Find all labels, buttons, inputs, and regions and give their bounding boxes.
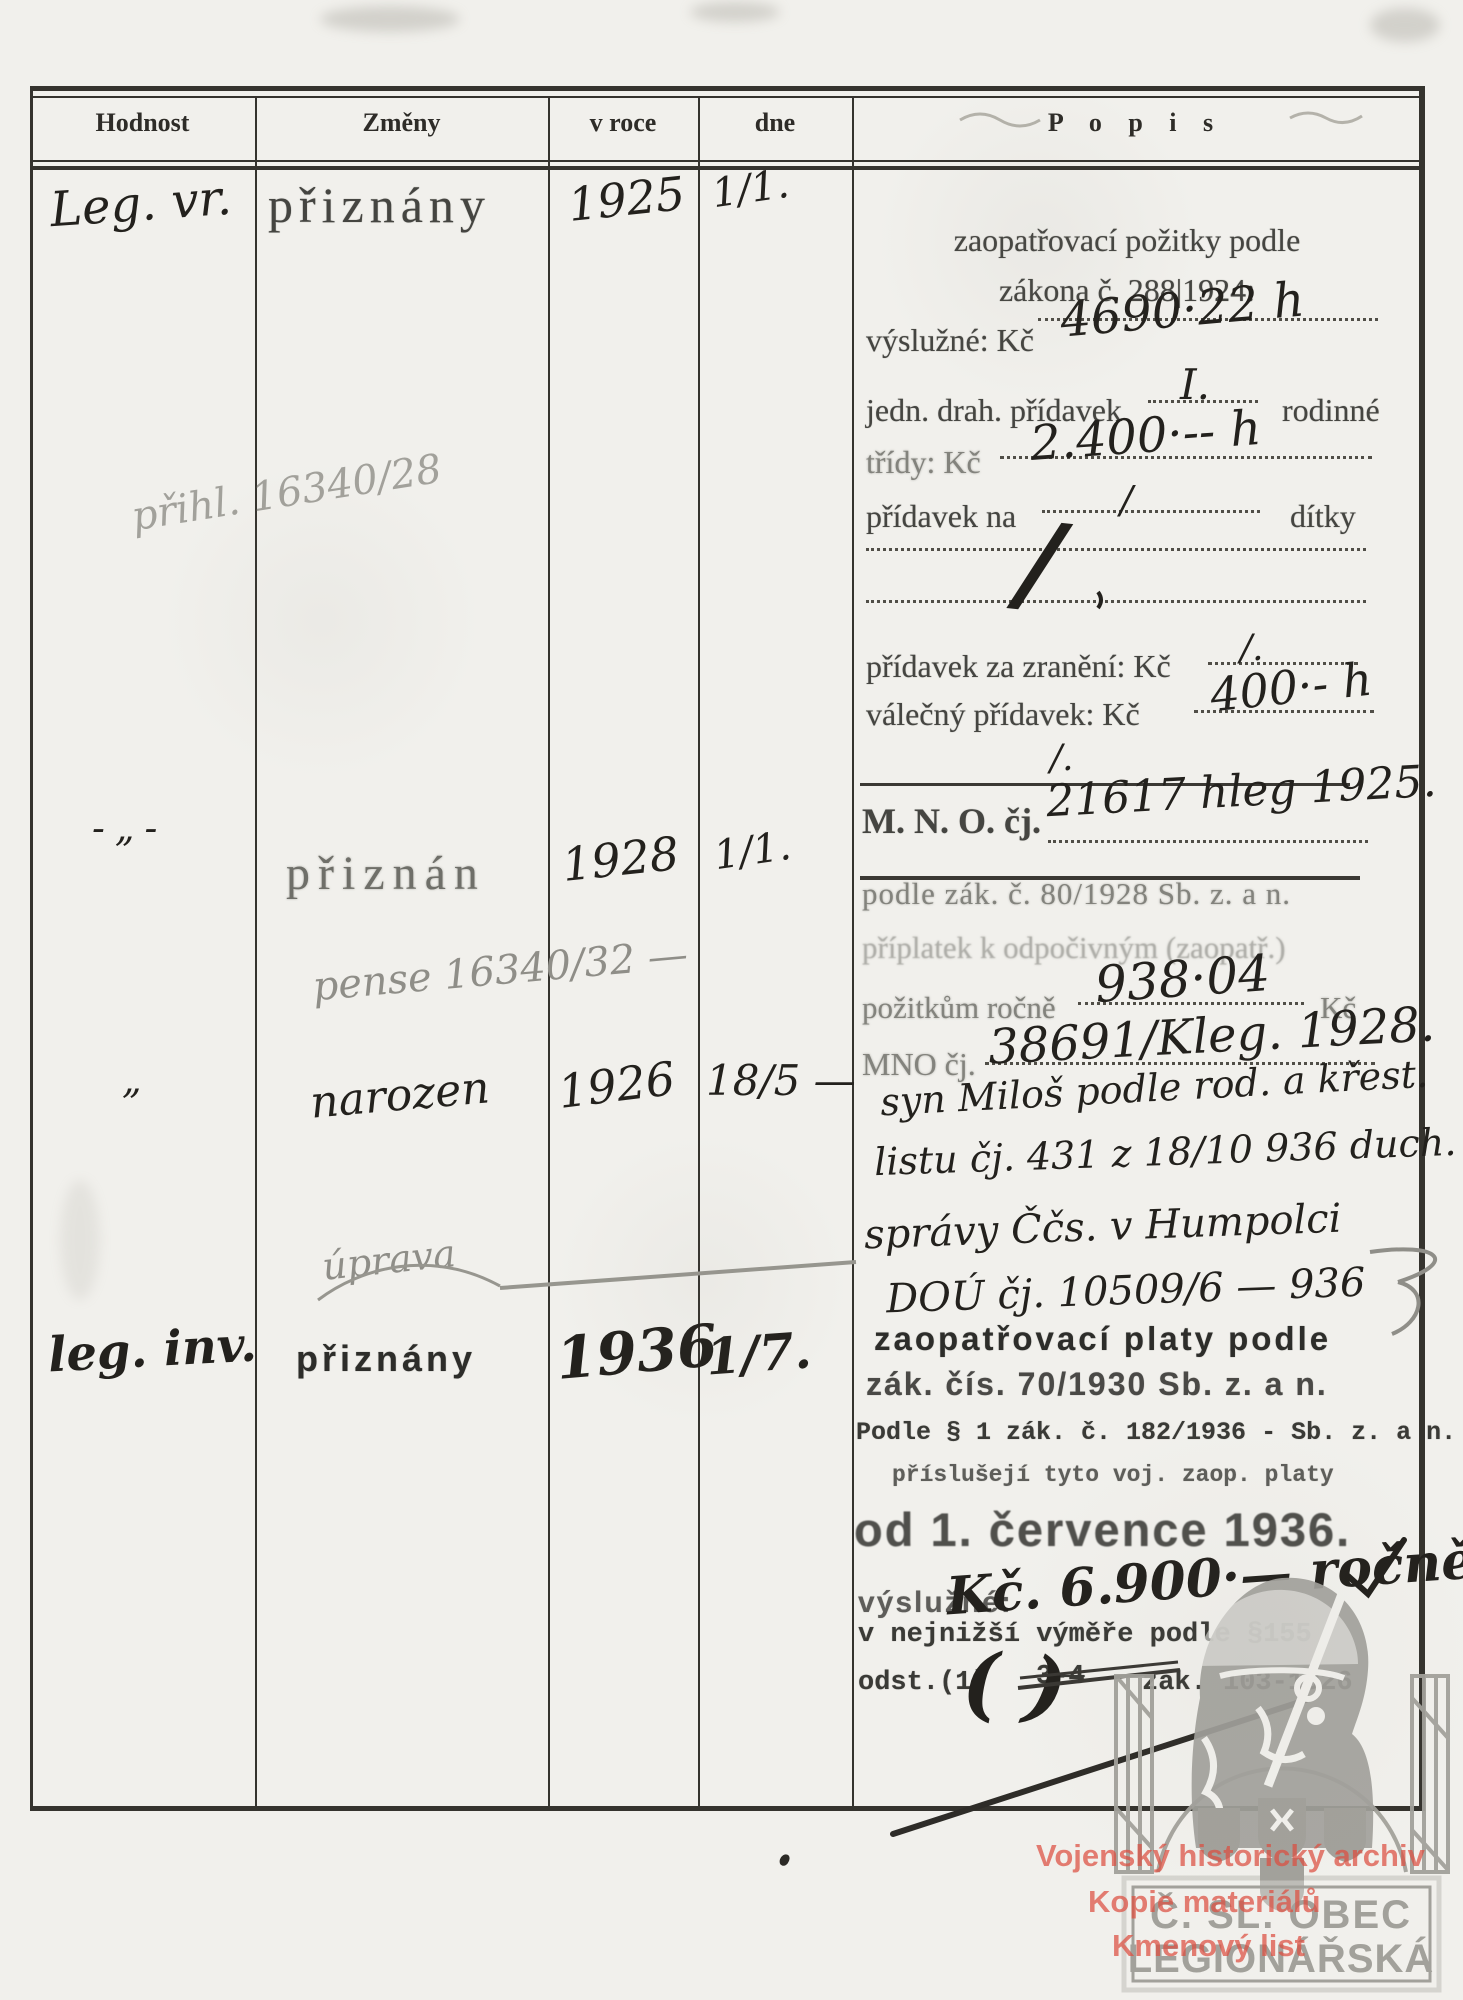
- header-scribble-2: [1290, 113, 1362, 123]
- uprava-arrowhead-curl: [1370, 1249, 1435, 1334]
- header-scribble-1: [960, 114, 1040, 126]
- archive-watermark-line1: Vojenský historický archiv: [1036, 1838, 1425, 1874]
- archive-watermark-line2: Kopie materiálů: [1088, 1884, 1321, 1920]
- uprava-flourish-stroke: [318, 1265, 500, 1300]
- comma-stroke: [1098, 592, 1101, 608]
- uprava-arrow-line: [500, 1262, 856, 1288]
- scanned-record-card: Hodnost Změny v roce dne P o p i s Leg. …: [0, 0, 1463, 2000]
- archive-watermark-line3: Kmenový list: [1112, 1928, 1305, 1964]
